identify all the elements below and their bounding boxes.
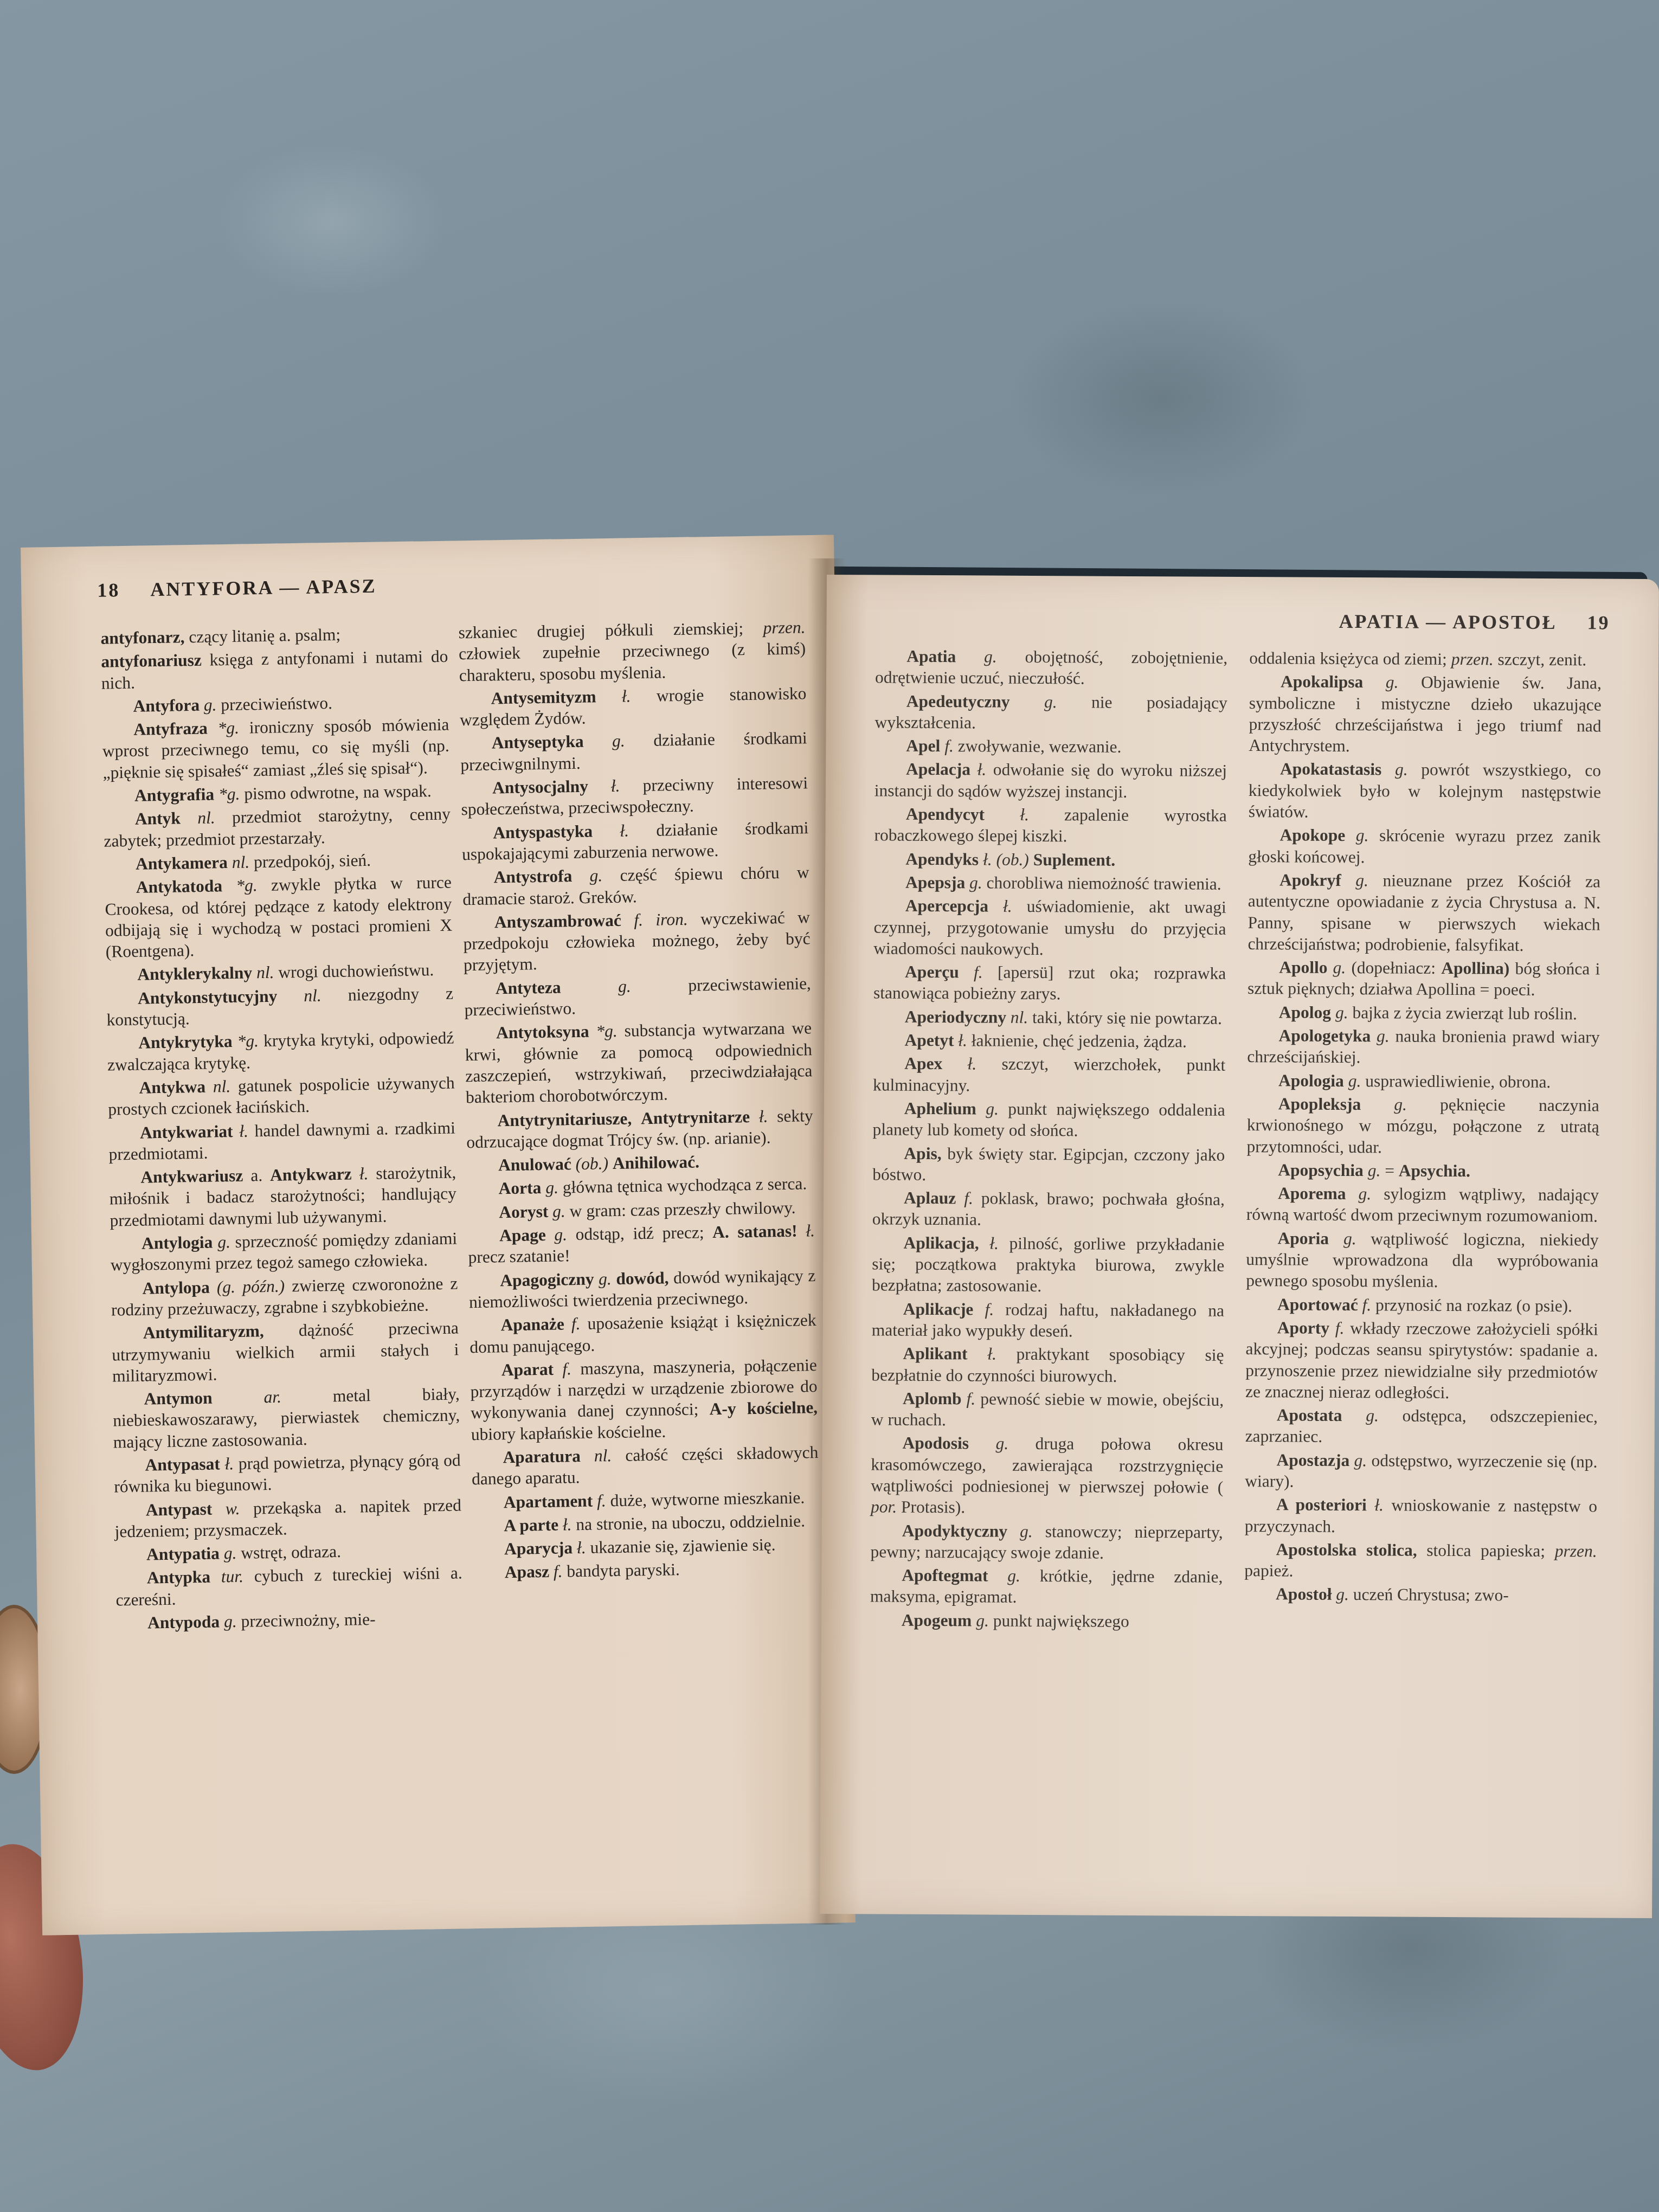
grammar-label: g. <box>976 1611 989 1630</box>
headword: Antypasat <box>145 1454 220 1474</box>
dictionary-entry: Apelacja ł. odwołanie się do wyroku niżs… <box>874 758 1227 803</box>
dictionary-entry: Apollo g. (dopełniacz: Apollina) bóg sło… <box>1248 956 1600 1001</box>
headword: Aperiodyczny <box>905 1007 1006 1027</box>
headword: Apis, <box>904 1143 941 1162</box>
headword: Aplikant <box>903 1344 967 1364</box>
dictionary-entry: Apasz f. bandyta paryski. <box>473 1557 821 1584</box>
headword: Apostolska stolica, <box>1276 1540 1417 1559</box>
headword: Suplement. <box>1033 850 1116 870</box>
definition-text: duże, wytworne mieszkanie. <box>610 1488 805 1510</box>
grammar-label: (g. późn.) <box>217 1276 285 1296</box>
definition-text: Protasis). <box>901 1497 965 1517</box>
dictionary-entry: Antymilitaryzm, dążność przeciwna utrzym… <box>111 1317 459 1387</box>
headword: Apendyks <box>905 849 979 869</box>
dictionary-entry: Antypasat ł. prąd powietrza, płynący gór… <box>113 1449 461 1497</box>
dictionary-entry: Aparat f. maszyna, maszyneria, połączeni… <box>470 1354 818 1445</box>
grammar-label: g. <box>1020 1521 1033 1540</box>
headword: Antykatoda <box>136 876 223 896</box>
grammar-label: g. <box>589 866 602 885</box>
dictionary-entry: Antylopa (g. późn.) zwierzę czworonożne … <box>111 1272 458 1321</box>
grammar-label: g. <box>1333 958 1346 977</box>
grammar-label: por. <box>871 1497 897 1516</box>
running-head-left: 18ANTYFORA — APASZ <box>97 575 377 602</box>
dictionary-entry: Aperiodyczny nl. taki, który się nie pow… <box>873 1006 1226 1029</box>
dictionary-entry: Aporema g. sylogizm wątpliwy, nadający r… <box>1246 1182 1599 1227</box>
grammar-label: tur. <box>221 1567 244 1586</box>
definition-text: wrogi duchowieństwu. <box>278 961 434 982</box>
definition-text: w gram: czas przeszły chwilowy. <box>569 1198 795 1220</box>
dictionary-entry: Antyteza g. przeciwstawienie, przeciwień… <box>464 973 812 1021</box>
dictionary-entry: Antypka tur. cybuch z tureckiej wiśni a.… <box>115 1562 463 1611</box>
dictionary-entry: Antyk nl. przedmiot starożytny, cenny za… <box>104 803 451 852</box>
grammar-label: ł. <box>224 1454 234 1473</box>
grammar-label: g. <box>1356 826 1369 845</box>
dictionary-entry: Apendyks ł. (ob.) Suplement. <box>874 848 1226 871</box>
headword: Antymon <box>144 1388 213 1409</box>
headword: Apokalipsa <box>1281 672 1364 692</box>
definition-text: wstręt, odraza. <box>241 1542 341 1562</box>
dictionary-entry: Aporia g. wątpliwość logiczna, niekiedy … <box>1246 1227 1599 1293</box>
dictionary-entry: Antykatoda *g. zwykle płytka w rurce Cro… <box>105 872 453 962</box>
headword: Apanaże <box>500 1315 564 1335</box>
dictionary-entry: Aplauz f. poklask, brawo; pochwała głośn… <box>872 1187 1225 1232</box>
grammar-label: g. <box>217 1232 230 1251</box>
dictionary-entry: Antygrafia *g. pismo odwrotne, na wspak. <box>103 780 451 807</box>
headword: Antyteza <box>496 978 561 998</box>
dictionary-entry: Aplikacje f. rodzaj haftu, nakładanego n… <box>872 1298 1224 1342</box>
grammar-label: g. <box>552 1201 565 1220</box>
right-page-column-1: Apatia g. obojętność, zobojętnienie, odr… <box>870 645 1228 1634</box>
grammar-label: ł. <box>978 760 987 779</box>
definition-text: człowiek zupełnie przeciwnego (z kimś) c… <box>459 639 806 685</box>
grammar-label: (ob.) <box>575 1154 608 1173</box>
grammar-label: g. <box>1336 1585 1349 1604</box>
definition-text: stolica papieska; <box>1426 1541 1555 1560</box>
grammar-label: ł. <box>359 1164 368 1183</box>
headword: Antylogia <box>142 1233 213 1253</box>
grammar-label: g. <box>1354 1451 1367 1470</box>
dictionary-entry: Apostoł g. uczeń Chrystusa; zwo- <box>1244 1584 1597 1607</box>
grammar-label: g. <box>1358 1184 1371 1203</box>
dictionary-entry: Aperçu f. [apersü] rzut oka; rozprawka s… <box>873 961 1226 1006</box>
headword: Apologia <box>1278 1071 1344 1090</box>
headword: Aphelium <box>904 1099 976 1118</box>
dictionary-entry: Antykwariat ł. handel dawnymi a. rzadkim… <box>108 1117 456 1165</box>
grammar-label: ł. <box>1003 897 1012 916</box>
headword: Apostazja <box>1276 1450 1349 1470</box>
dictionary-entry: Apoftegmat g. krótkie, jędrne zdanie, ma… <box>870 1565 1223 1609</box>
grammar-label: ł. (ob.) <box>983 850 1029 869</box>
grammar-label: g. <box>612 731 625 750</box>
definition-text: bandyta paryski. <box>567 1560 680 1581</box>
definition-text: chorobliwa niemożność trawienia. <box>987 873 1221 893</box>
dictionary-entry: Apostolska stolica, stolica papieska; pr… <box>1244 1539 1597 1583</box>
grammar-label: g. <box>1355 871 1368 890</box>
dictionary-entry: Aparycja ł. ukazanie się, zjawienie się. <box>473 1533 820 1560</box>
dictionary-entry: Apokryf g. nieuznane przez Kościół za au… <box>1248 869 1600 956</box>
left-page-column-1: antyfonarz, czący litanię a. psalm; anty… <box>100 622 463 1636</box>
headword: Apokryf <box>1279 870 1341 890</box>
dictionary-entry: Antypast w. przekąska a. napitek przed j… <box>114 1494 462 1542</box>
dictionary-entry: Aportować f. przynosić na rozkaz (o psie… <box>1246 1294 1598 1317</box>
headword: dowód, <box>616 1268 669 1288</box>
headword: Apodosis <box>903 1433 969 1453</box>
grammar-label: g. <box>1044 692 1057 711</box>
headword: Aplikacja, <box>903 1233 979 1252</box>
headword: Antykwariat <box>140 1122 233 1142</box>
grammar-label: ł. <box>577 1538 586 1557</box>
dictionary-entry: Apolog g. bajka z życia zwierząt lub roś… <box>1248 1001 1600 1025</box>
headword: A. satanas! <box>712 1221 798 1242</box>
grammar-label: ł. <box>759 1107 768 1126</box>
right-page-column-2: oddalenia księżyca od ziemi; przen. szcz… <box>1244 647 1602 1609</box>
grammar-label: f. <box>562 1359 571 1378</box>
left-page-column-2: szkaniec drugiej półkuli ziemskiej; prze… <box>458 616 820 1586</box>
dictionary-entry: Apendycyt ł. zapalenie wyrostka robaczko… <box>874 803 1226 848</box>
headword: Apogeum <box>902 1611 972 1630</box>
dictionary-entry: Apodyktyczny g. stanowczy; nieprzeparty,… <box>870 1520 1223 1564</box>
headword: Apostata <box>1277 1405 1342 1425</box>
dictionary-entry: Apopsychia g. = Apsychia. <box>1246 1159 1599 1182</box>
dictionary-entry: Anulować (ob.) Anihilować. <box>467 1149 814 1176</box>
grammar-label: ł. <box>989 1233 999 1252</box>
headword: Antypatia <box>146 1544 220 1564</box>
grammar-label: ł. <box>239 1121 248 1140</box>
headword: Apollo <box>1279 958 1327 977</box>
definition-text: przeciwieństwo. <box>221 693 332 714</box>
grammar-label: g. <box>1368 1161 1381 1180</box>
page-number: 18 <box>97 579 120 601</box>
definition-text: pismo odwrotne, na wspak. <box>244 781 432 803</box>
dictionary-entry: Aplomb f. pewność siebie w mowie, obejśc… <box>871 1387 1224 1432</box>
headword: antyfonariusz <box>101 651 202 671</box>
grammar-label: g. <box>1394 1095 1407 1114</box>
headword: Antysemityzm <box>491 687 596 708</box>
dictionary-entry: Antykamera nl. przedpokój, sień. <box>104 848 452 875</box>
headword: Antypoda <box>147 1612 220 1632</box>
definition-text: przeciwnożny, mie- <box>241 1610 376 1631</box>
headword: Apel <box>906 736 940 755</box>
headword: Antyfraza <box>133 719 208 739</box>
dictionary-entry: Antyklerykalny nl. wrogi duchowieństwu. <box>106 959 453 986</box>
dictionary-entry: Apopleksja g. pęknięcie naczynia krwiono… <box>1246 1093 1599 1159</box>
definition-text: odstąp, idź precz; <box>575 1223 712 1244</box>
headword: Antykwariusz <box>140 1166 243 1187</box>
grammar-label: nl. <box>594 1446 612 1465</box>
definition-text: oddalenia księżyca od ziemi; <box>1249 648 1451 668</box>
definition-text: precz szatanie! <box>468 1246 570 1267</box>
dictionary-entry: Aoryst g. w gram: czas przeszły chwilowy… <box>467 1197 815 1223</box>
headword: Apolog <box>1279 1002 1331 1022</box>
dictionary-entry: Antypoda g. przeciwnożny, mie- <box>116 1607 464 1634</box>
headword: Antyseptyka <box>491 732 583 753</box>
headword: Anulować <box>498 1154 571 1174</box>
grammar-label: przen. <box>1451 650 1494 668</box>
grammar-label: f. <box>554 1562 563 1581</box>
headword: Anihilować. <box>613 1153 700 1173</box>
grammar-label: f. <box>1335 1319 1345 1338</box>
headword: Antystrofa <box>493 866 572 886</box>
headword: Apercepcja <box>905 896 989 916</box>
headword: Aperçu <box>905 962 959 982</box>
page-number: 19 <box>1587 612 1610 633</box>
dictionary-entry: Antykrytyka *g. krytyka krytyki, odpowie… <box>107 1027 454 1076</box>
definition-text: a. <box>250 1166 270 1185</box>
headword: Aporia <box>1278 1229 1329 1248</box>
grammar-label: nl. <box>213 1077 231 1096</box>
headword: Apasz <box>505 1562 550 1581</box>
grammar-label: g. <box>599 1269 612 1288</box>
headword: Apoftegmat <box>902 1566 988 1585</box>
dictionary-entry: Antytoksyna *g. substancja wytwarzana we… <box>465 1018 813 1108</box>
definition-text: szczyt, zenit. <box>1497 650 1586 669</box>
grammar-label: f. <box>974 963 983 982</box>
grammar-label: g. <box>1377 1026 1390 1045</box>
dictionary-entry: Apedeutyczny g. nie posiadający wykształ… <box>874 690 1227 735</box>
grammar-label: f. <box>1362 1295 1371 1314</box>
dictionary-entry: Antyseptyka g. działanie środkami przeci… <box>460 728 807 776</box>
definition-text: usprawiedliwienie, obrona. <box>1365 1071 1551 1091</box>
headword: Antykwa <box>139 1077 205 1097</box>
headword: Antykonstytucyjny <box>138 986 278 1007</box>
dictionary-entry: Aorta g. główna tętnica wychodząca z ser… <box>467 1173 814 1200</box>
dictionary-entry: Antypatia g. wstręt, odraza. <box>115 1539 462 1566</box>
dictionary-entry: Antyfraza *g. ironiczny sposób mówienia … <box>102 714 450 783</box>
grammar-label: f. <box>985 1300 994 1319</box>
dictionary-entry: Antyfora g. przeciwieństwo. <box>101 691 449 717</box>
grammar-label: przen. <box>1555 1541 1597 1560</box>
headword: Apollina) <box>1441 959 1509 978</box>
dictionary-entry: antyfonariusz księga z antyfonami i nuta… <box>101 646 448 694</box>
headword: Apetyt <box>904 1031 954 1050</box>
dictionary-entry: Apartament f. duże, wytworne mieszkanie. <box>472 1487 819 1513</box>
definition-text: łaknienie, chęć jedzenia, żądza. <box>972 1031 1187 1051</box>
grammar-label: ł. <box>987 1345 996 1364</box>
headword: Antyfora <box>133 696 200 716</box>
headword: Aplikacje <box>903 1299 974 1319</box>
dictionary-entry: Apostata g. odstępca, odszczepieniec, za… <box>1245 1404 1598 1449</box>
right-page: APATIA — APOSTOŁ19 Apatia g. obojętność,… <box>820 575 1659 1918</box>
dictionary-entry: A posteriori ł. wnioskowanie z następstw… <box>1245 1494 1597 1538</box>
definition-text: przedpokój, sień. <box>254 851 371 871</box>
grammar-label: g. <box>995 1434 1008 1453</box>
dictionary-entry: Antysocjalny ł. przeciwny interesowi spo… <box>461 772 808 820</box>
grammar-label: ł. <box>1374 1496 1384 1515</box>
grammar-label: g. <box>986 1099 999 1118</box>
headword: Apex <box>904 1054 942 1073</box>
dictionary-entry: Aphelium g. punkt największego oddalenia… <box>873 1097 1225 1142</box>
definition-text: główna tętnica wychodząca z serca. <box>562 1174 807 1197</box>
running-head-text: ANTYFORA — APASZ <box>150 575 377 601</box>
dictionary-entry: Aporty f. wkłady rzeczowe założycieli sp… <box>1245 1317 1598 1404</box>
headword: Apokope <box>1279 826 1345 845</box>
dictionary-entry: Apodosis g. druga połowa okresu krasomów… <box>871 1432 1224 1520</box>
headword: Apokatastasis <box>1280 760 1381 779</box>
dictionary-entry: Apel f. zwoływanie, wezwanie. <box>874 735 1227 758</box>
dictionary-entry: Apokalipsa g. Objawienie św. Jana, symbo… <box>1249 671 1602 758</box>
grammar-label: nl. <box>304 986 321 1005</box>
headword: A posteriori <box>1276 1495 1367 1515</box>
definition-text: uczeń Chrystusa; zwo- <box>1353 1585 1509 1605</box>
dictionary-entry: Apage g. odstąp, idź precz; A. satanas! … <box>468 1220 815 1268</box>
grammar-label: *g. <box>218 785 240 804</box>
headword: Apopsychia <box>1278 1160 1364 1180</box>
grammar-label: g. <box>224 1612 237 1631</box>
grammar-label: nl. <box>256 963 274 982</box>
dictionary-entry: Antyspastyka ł. działanie środkami uspok… <box>461 817 809 865</box>
headword: Antytrynitariusze, <box>497 1109 632 1130</box>
headword: Apodyktyczny <box>902 1521 1007 1540</box>
definition-text: bajka z życia zwierząt lub roślin. <box>1352 1003 1577 1023</box>
dictionary-entry: Antyszambrować f. iron. wyczekiwać w prz… <box>463 906 811 976</box>
headword: Apepsja <box>905 873 965 892</box>
headword: Apedeutyczny <box>906 691 1010 711</box>
dictionary-entry: Apokope g. skrócenie wyrazu przez zanik … <box>1248 824 1600 869</box>
headword: antyfonarz, <box>100 627 184 647</box>
grammar-label: g. <box>554 1225 567 1244</box>
headword: Antykwarz <box>270 1165 352 1185</box>
dictionary-entry: Apetyt ł. łaknienie, chęć jedzenia, żądz… <box>873 1030 1225 1053</box>
dictionary-entry: Apatia g. obojętność, zobojętnienie, odr… <box>875 645 1227 690</box>
dictionary-entry: Apogeum g. punkt największego <box>870 1609 1223 1632</box>
definition-text: ubiory kapłańskie kościelne. <box>471 1422 666 1444</box>
headword: A parte <box>504 1515 558 1535</box>
headword: A-y kościelne, <box>709 1398 818 1418</box>
dictionary-entry: A parte ł. na stronie, na uboczu, oddzie… <box>472 1510 820 1536</box>
headword: Antysocjalny <box>492 777 588 798</box>
headword: Aportować <box>1277 1295 1358 1314</box>
grammar-label: nl. <box>1011 1008 1028 1027</box>
grammar-label: ł. <box>968 1054 977 1073</box>
grammar-label: g. <box>1395 760 1408 779</box>
definition-text: = <box>1385 1161 1399 1180</box>
headword: Antylopa <box>142 1277 210 1297</box>
headword: Aplomb <box>903 1389 962 1409</box>
headword: Antykrytyka <box>138 1032 233 1052</box>
grammar-label: ł. <box>620 821 629 840</box>
headword: Antyspastyka <box>493 821 593 842</box>
grammar-label: g. <box>545 1178 558 1197</box>
headword: Antymilitaryzm, <box>143 1321 265 1342</box>
grammar-label: g. <box>1366 1406 1379 1425</box>
headword: Aparycja <box>504 1538 573 1558</box>
grammar-label: f. <box>597 1491 606 1510</box>
grammar-label: nl. <box>197 808 215 828</box>
dictionary-entry: Antystrofa g. część śpiewu chóru w drama… <box>462 861 809 910</box>
dictionary-entry: Antykonstytucyjny nl. niezgodny z konsty… <box>106 982 454 1031</box>
dictionary-entry: Apercepcja ł. uświadomienie, akt uwagi c… <box>873 895 1226 961</box>
headword: Apopleksja <box>1278 1094 1361 1114</box>
dictionary-entry: Antytrynitariusze, Antytrynitarze ł. sek… <box>466 1105 813 1153</box>
headword: Antygrafia <box>134 785 215 805</box>
grammar-label: ł. <box>622 686 631 705</box>
headword: Aparatura <box>503 1446 581 1467</box>
headword: Antytrynitarze <box>641 1107 750 1128</box>
headword: Apostoł <box>1276 1585 1332 1604</box>
grammar-label: g. <box>224 1544 237 1562</box>
dictionary-entry: Apostazja g. odstępstwo, wyrzeczenie się… <box>1245 1449 1597 1494</box>
headword: Apagogiczny <box>500 1269 594 1290</box>
headword: Aporty <box>1277 1318 1329 1338</box>
definition-text: przynosić na rozkaz (o psie). <box>1375 1295 1572 1315</box>
grammar-label: f. <box>964 1188 973 1207</box>
dictionary-entry: Aplikant ł. praktykant sposobiący się be… <box>871 1343 1224 1387</box>
grammar-label: g. <box>1348 1071 1361 1090</box>
headword: Aorta <box>498 1178 541 1198</box>
headword: Antykamera <box>136 853 228 873</box>
dictionary-entry: Apanaże f. uposażenie książąt i księżnic… <box>469 1309 816 1358</box>
headword: Aoryst <box>499 1202 549 1221</box>
dictionary-entry: Apagogiczny g. dowód, dowód wynikający z… <box>468 1265 816 1313</box>
headword: Antytoksyna <box>496 1022 589 1043</box>
definition-text: szkaniec drugiej półkuli ziemskiej; <box>458 619 763 642</box>
dictionary-entry: Antykwa nl. gatunek pospolicie używanych… <box>107 1072 455 1120</box>
dictionary-entry: Apokatastasis g. powrót wszystkiego, co … <box>1249 758 1602 824</box>
definition-text: czący litanię a. psalm; <box>189 625 340 646</box>
grammar-label: *g. <box>237 1032 259 1051</box>
definition-text: punkt największego <box>993 1611 1129 1630</box>
grammar-label: g. <box>1343 1229 1356 1248</box>
running-head-right: APATIA — APOSTOŁ19 <box>1339 610 1610 634</box>
grammar-label: g. <box>1335 1003 1348 1022</box>
headword: Antyk <box>135 809 181 828</box>
definition-text: taki, który się nie powtarza. <box>1032 1008 1222 1028</box>
headword: Aporema <box>1278 1184 1346 1203</box>
running-head-text: APATIA — APOSTOŁ <box>1339 610 1557 633</box>
definition-text: zwoływanie, wezwanie. <box>958 736 1122 756</box>
grammar-label: g. <box>618 976 631 995</box>
dictionary-entry: Apologetyka g. nauka bronienia prawd wia… <box>1247 1025 1599 1069</box>
dictionary-entry: szkaniec drugiej półkuli ziemskiej; prze… <box>458 616 806 686</box>
grammar-label: w. <box>226 1499 240 1517</box>
headword: Apsychia. <box>1399 1161 1470 1180</box>
headword: Antypast <box>146 1499 213 1519</box>
grammar-label: g. <box>204 695 217 714</box>
headword: Apatia <box>906 647 956 666</box>
grammar-label: ł. <box>563 1515 572 1534</box>
headword: Apologetyka <box>1278 1026 1371 1045</box>
grammar-label: f. <box>571 1314 581 1333</box>
definition-text: papież. <box>1244 1561 1293 1580</box>
grammar-label: ł. <box>958 1031 967 1050</box>
grammar-label: ł. <box>1020 805 1029 824</box>
dictionary-entry: Antykwariusz a. Antykwarz ł. starożytnik… <box>109 1162 457 1231</box>
headword: Aparat <box>501 1360 554 1380</box>
dictionary-entry: oddalenia księżyca od ziemi; przen. szcz… <box>1249 647 1602 671</box>
headword: Antypka <box>147 1567 211 1587</box>
grammar-label: g. <box>969 873 982 892</box>
headword: Antyszambrować <box>494 911 621 932</box>
dictionary-entry: Aplikacja, ł. pilność, gorliwe przykłada… <box>872 1232 1225 1297</box>
grammar-label: ł. <box>611 776 620 795</box>
grammar-label: g. <box>984 647 997 666</box>
grammar-label: f. <box>944 736 954 755</box>
dictionary-entry: Antysemityzm ł. wrogie stanowisko względ… <box>459 683 807 731</box>
definition-text: na stronie, na uboczu, oddzielnie. <box>576 1511 805 1534</box>
grammar-label: przen. <box>763 618 805 637</box>
headword: Aplauz <box>904 1188 956 1208</box>
dictionary-entry: Apis, byk święty star. Egipcjan, czczony… <box>872 1142 1225 1187</box>
grammar-label: ar. <box>263 1387 281 1407</box>
grammar-label: f. iron. <box>634 910 688 930</box>
grammar-label: f. <box>966 1389 975 1408</box>
grammar-label: *g. <box>596 1021 618 1041</box>
headword: Apartament <box>503 1491 593 1512</box>
headword: Apendycyt <box>906 805 985 824</box>
grammar-label: *g. <box>217 718 239 738</box>
dictionary-entry: Apepsja g. chorobliwa niemożność trawien… <box>874 871 1226 895</box>
dictionary-entry: antyfonarz, czący litanię a. psalm; <box>100 622 448 649</box>
